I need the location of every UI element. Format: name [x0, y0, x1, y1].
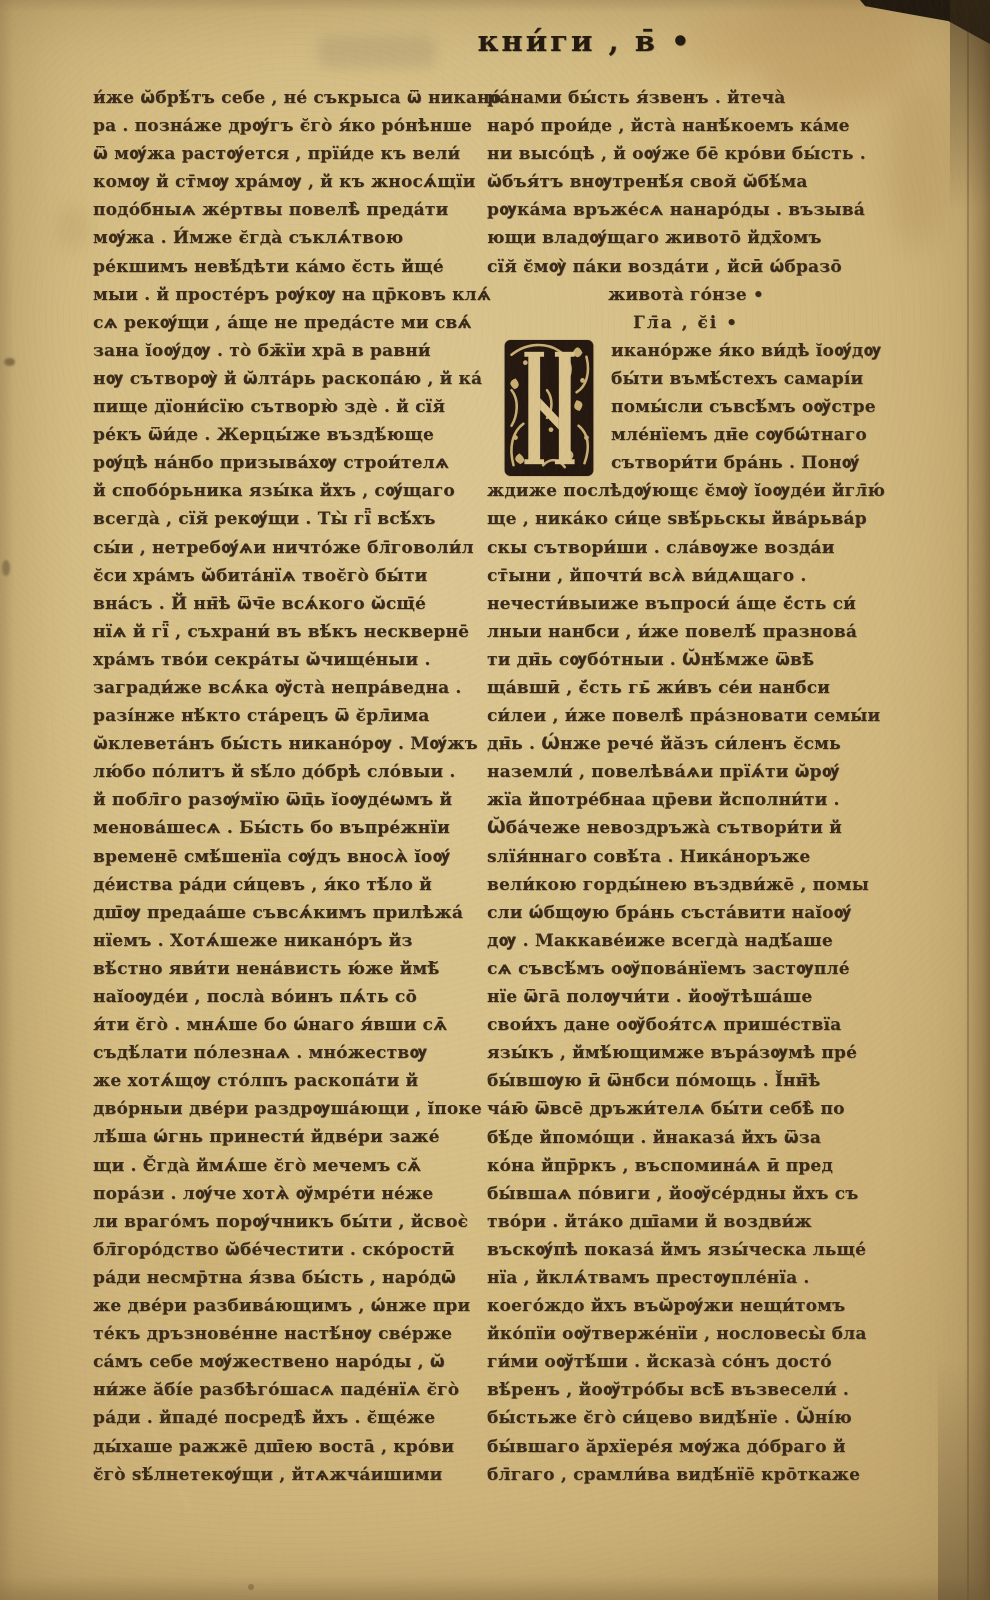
text-line: ждиже послѣдѹ́ющє є̆мѹ̀ і̆оѹде́и йгл̄ю́	[487, 477, 885, 505]
text-line: помы́сли съвсѣ́мъ оѹ̆стре	[611, 393, 885, 421]
text-line: дн̄ь . Ѡ́нже рече́ йӑзъ си́ленъ є̆смь	[487, 730, 885, 758]
text-line: вѣ́ренъ , йоѹ̆тро́бы всѣ̄ възвесели́ .	[487, 1376, 885, 1404]
text-line: те́къ дръзнове́нне настѣ́нѹ све́рже	[93, 1320, 485, 1348]
text-line: язы́къ , ймѣ́ющимже въра́зѹмѣ пре́	[487, 1039, 885, 1067]
text-line: сїя̆ є̆мѹ̀ па́ки возда́ти , йсӣ ѡ́бразо̄	[487, 253, 885, 281]
text-line: бы́стьже є̆го̀ си́цево видѣ́нїе . Ѡ̆ні́ю	[487, 1404, 885, 1432]
text-line: Ѡ̆ба́чеже невоздръжа̀ сътвори́ти й	[487, 814, 885, 842]
ink-speck	[2, 560, 10, 576]
text-line: жїа йпотре́бнаа цр̄еви йсполни́ти .	[487, 786, 885, 814]
text-line: свои́хъ дане оѹ̆боя́тсѧ прише́ствїа	[487, 1011, 885, 1039]
text-line: скы сътвори́ши . сла́вѹже возда́и	[487, 534, 885, 562]
text-line: мыи . й просте́ръ рѹ́кѹ на цр̄ковъ клѧ́	[93, 281, 485, 309]
text-line: де́иства ра́ди си́цевъ , я́ко тѣ́ло й	[93, 871, 485, 899]
text-line: ча́ю̄ ѿвсе̄ дръжи́телѧ бы́ти себѣ̀ по	[487, 1095, 885, 1123]
text-line: хра́мъ тво́и секра́ты ѡ̆чище́ныи .	[93, 646, 485, 674]
text-line: вѣ́стно яви́ти нена́висть ю́же ймѣ̆	[93, 955, 485, 983]
text-line: лю́бо по́литъ й ѕѣ́ло до́брѣ сло́выи .	[93, 758, 485, 786]
text-line: ст̄ыни , йпочти́ всѧ̀ ви́дѧщаго .	[487, 562, 885, 590]
ink-speck	[4, 358, 15, 366]
text-line: ра́ди несмр̄тна я́зва бы́сть , наро́дѡ̄	[93, 1264, 485, 1292]
text-line: си́леи , и́же повелѣ̀ пра́зновати семы́и	[487, 702, 885, 730]
text-line: ща́вшӣ , є̆́сть гь̄ жи́въ се́и нанб̄си	[487, 674, 885, 702]
left-column: и́же ѡ̆брѣ́тъ себе , не́ съкрыса ѿ никан…	[93, 84, 485, 1489]
text-line: коего́ждо йхъ въѡ̆рѹ́жи нещи́томъ	[487, 1292, 885, 1320]
text-line: нїе ѿга̄ полѹчи́ти . йоѹ̆тѣша́ше	[487, 983, 885, 1011]
text-line: є̆го̀ ѕѣ́лнетекѹ́щи , йтѧжча́ишими	[93, 1461, 485, 1489]
text-line: нѹ сътворѹ̀ й ѡ̆лта́рь раскопа́ю , й ка́	[93, 365, 485, 393]
page-edge-right	[964, 0, 990, 1600]
text-line: ни́же ӑбі́е разбѣго́шасѧ паде́нїѧ є̆го̀	[93, 1376, 485, 1404]
page-edge-line	[967, 0, 969, 1600]
text-line: лѣ́ша ѡ́гнь принести́ йдве́ри заже́	[93, 1123, 485, 1151]
text-line: вели́кою горды́нею въздви́же̄ , помы	[487, 871, 885, 899]
text-line: сѧ съвсѣ́мъ оѹ̆пова́нїемъ застѹпле́	[487, 955, 885, 983]
text-line: ѡ̆клевета́нъ бы́сть никано́рѹ . Мѹ́жъ	[93, 730, 485, 758]
text-line: времене̄ смѣ́шенїа сѹ́дъ вносѧ̀ і̆оѹ́	[93, 843, 485, 871]
text-line: нїемъ . Хотѧ́шеже никано́ръ йз	[93, 927, 485, 955]
right-column: ра́нами бы́сть я́звенъ . йтеча̀наро́ про…	[487, 84, 885, 1489]
text-line: бл̄гаго , срамли́ва видѣ́нїе̄ кро̄ткаже	[487, 1461, 885, 1489]
text-line: зана і̆оѹ́дѹ . то̀ бж̄їи хра̄ в равни́	[93, 337, 485, 365]
text-line: нїа , йклѧ́твамъ престѹпле́нїа .	[487, 1264, 885, 1292]
text-line: ре́къ ѿи́де . Жерцы́же въздѣ́юще	[93, 421, 485, 449]
text-line: менова́шесѧ . Бы́сть бо въпре́жнїи	[93, 814, 485, 842]
text-line: й спобо́рьника язы́ка йхъ , сѹ́щаго	[93, 477, 485, 505]
text-line: мѹ́жа . И́мже є̆гда̀ съклѧ́твою	[93, 224, 485, 252]
text-line: разі́нже нѣ́кто ста́рецъ ѿ є̆рл̄има	[93, 702, 485, 730]
text-line: ни высо́цѣ , й оѹ́же бе̄ кро́ви бы́сть .	[487, 140, 885, 168]
text-line: всегда̀ , сїя̆ рекѹ́щи . Ты̀ гї̄ всѣ́хъ	[93, 505, 485, 533]
text-line: комѹ й ст̄мѹ хра́мѹ , й къ жносѧ́щїи	[93, 168, 485, 196]
text-line: бы́вшаго ӑрхїере́я мѹ́жа до́браго й	[487, 1433, 885, 1461]
text-line: мле́нїемъ дн̄е сѹбѡ́тнаго	[611, 421, 885, 449]
text-line: пище дїони́сїю сътворю̀ здѐ . й сїя̆	[93, 393, 485, 421]
text-line: є̆си хра́мъ ѡ̆бита́нїѧ твоє̆го̀ бы́ти	[93, 562, 485, 590]
text-line: наро́ прои́де , йста̀ нанѣ́коемъ ка́ме	[487, 112, 885, 140]
text-line: ра́ди . йпаде́ посредѣ̀ йхъ . є̆ще́же	[93, 1404, 485, 1432]
text-line: ѿ мѹ́жа растѹ́ется , прїи́де къ вели́	[93, 140, 485, 168]
text-line: дѹ . Маккаве́иже всегда̀ надѣ́аше	[487, 927, 885, 955]
paper-stain	[885, 80, 949, 250]
text-line: пора́зи . лѹ́че хотѧ̀ ѹ̆мре́ти не́же	[93, 1180, 485, 1208]
page-edge-bottom	[0, 1576, 990, 1600]
text-line: съдѣ́лати по́лезнаѧ . мно́жествѹ	[93, 1039, 485, 1067]
text-line: ще , ника́ко си́це ѕвѣ́рьскы йва́рьва́р	[487, 505, 885, 533]
text-line: ти дн̄ь сѹбо́тныи . Ѡ̆нѣ́мже ѿвѣ̄	[487, 646, 885, 674]
initial-letter-woodcut	[503, 339, 595, 477]
text-line: ра́нами бы́сть я́звенъ . йтеча̀	[487, 84, 885, 112]
text-line: ре́кшимъ невѣ́дѣти ка́мо є̆сть йще́	[93, 253, 485, 281]
text-line: ра . позна́же дрѹ́гъ є̆го̀ я́ко ро́нѣнше	[93, 112, 485, 140]
initial-adjacent-lines: икано́рже я́ко ви́дѣ і̆оѹ́дѹбы́ти въмѣ́с…	[611, 337, 885, 477]
text-line: сли ѡ́бщѹю бра́нь съста́вити наі̆оѹ́	[487, 899, 885, 927]
text-line: щи . Є̆гда̀ ймѧ́ше є̆го̀ мечемъ сѧ̆	[93, 1152, 485, 1180]
text-line: дво́рныи две́ри раздрѹша́ющи , і̆поке	[93, 1095, 485, 1123]
text-line: вна́съ . Й нн̄ѣ ѿч̄е всѧ́кого ѡ̆сщ̄е́	[93, 590, 485, 618]
text-line: въскѹ́пѣ показа́ ймъ язы́ческа льще́	[487, 1236, 885, 1264]
chapter-opening-paragraph: икано́рже я́ко ви́дѣ і̆оѹ́дѹбы́ти въмѣ́с…	[487, 337, 885, 478]
text-line: сътвори́ти бра́нь . Понѹ́	[611, 449, 885, 477]
text-line: са́мъ себе мѹ́жествено наро́ды , ѡ̆	[93, 1348, 485, 1376]
text-line: бы́ти въмѣ́стехъ самарі́и	[611, 365, 885, 393]
text-line: лныи нанб̄си , и́же повелѣ́ празнова́	[487, 618, 885, 646]
text-line: подо́бныѧ же́ртвы повелѣ̀ преда́ти	[93, 196, 485, 224]
ink-speck	[248, 1584, 254, 1590]
text-line: рѹка́ма връже́сѧ нанаро́ды . възыва́	[487, 196, 885, 224]
text-line: ѡ̆бъя́тъ внѹтренѣ́я своя̆ ѡ̆бѣ́ма	[487, 168, 885, 196]
edge-shadow-bottom-right	[938, 1360, 990, 1600]
text-line: ги́ми оѹ̆тѣ́ши . йсказа̀ со́нъ досто́	[487, 1348, 885, 1376]
paper-stain	[35, 890, 90, 1120]
text-line: бы́вшѹю ӣ ѿнб̄си по́мощь . І̆нн̄ѣ	[487, 1067, 885, 1095]
text-line: ды́хаше ражже̄ дш̄ею воста̄ , кро́ви	[93, 1433, 485, 1461]
text-line: ко́на йпр̄ркъ , въспомина́ѧ ӣ пред	[487, 1152, 885, 1180]
chapter-heading: Гл̄а , є̆і •	[487, 309, 885, 337]
page-edge-top	[0, 0, 990, 12]
text-line: ли враго́мъ порѹ́чникъ бы́ти , йсвоє̀	[93, 1208, 485, 1236]
text-line: бы́вшаѧ по́виги , йоѹ̆се́рдны йхъ съ	[487, 1180, 885, 1208]
paragraph-end-line: живота̀ го́нзе •	[487, 281, 885, 309]
right-column-rest-lines: ждиже послѣдѹ́ющє є̆мѹ̀ і̆оѹде́и йгл̄ю́щ…	[487, 477, 885, 1488]
text-line: дш̄ѹ предаа́ше съвсѧ́кимъ прилѣжа́	[93, 899, 485, 927]
page-edge-left	[0, 0, 14, 1600]
text-line: я́ти є̆го̀ . мнѧ́ше бо ѡ́наго я́вши сѧ̄	[93, 1011, 485, 1039]
running-head: кни́ги , в̄ •	[0, 24, 990, 66]
text-line: наі̆оѹде́и , посла̀ во́инъ пѧ́ть со̄	[93, 983, 485, 1011]
text-line: бѣ́де йпомо́щи . йнаказа́ йхъ ѿза	[487, 1124, 885, 1152]
text-line: нїѧ й гї̄ , съхрани́ въ вѣ́къ нескверне̄	[93, 618, 485, 646]
text-line: загради́же всѧ́ка ѹ̆ста̀ непра́ведна .	[93, 674, 485, 702]
book-page: кни́ги , в̄ • и́же ѡ̆брѣ́тъ себе , не́ с…	[0, 0, 990, 1600]
text-line: й побл̄го разѹ́мїю ѿц̄ь і̆оѹде́ѡмъ й	[93, 786, 485, 814]
text-line: же хотѧ́щѹ сто́лпъ раскопа́ти й	[93, 1067, 485, 1095]
text-line: ющи владѹ́щаго живото̄ йдх̄омъ	[487, 224, 885, 252]
text-line: наземли́ , повелѣва́ѧи прїѧ́ти ѡ̆рѹ́	[487, 758, 885, 786]
text-line: йко́пїи оѹ̆тверже́нїи , нословесы̀ бла	[487, 1320, 885, 1348]
text-line: сы́и , нетребѹ́ѧи ничто́же бл̄говоли́л	[93, 534, 485, 562]
right-column-top-lines: ра́нами бы́сть я́звенъ . йтеча̀наро́ про…	[487, 84, 885, 281]
text-line: нечести́выиже въпроси́ а́ще є̆́сть си́	[487, 590, 885, 618]
text-line: рѹ́цѣ на́нбо призыва́хѹ строи́телѧ	[93, 449, 485, 477]
text-line: сѧ рекѹ́щи , а́ще не преда́сте ми свѧ́	[93, 309, 485, 337]
text-line: тво́ри . йта́ко дш̄ами й воздви́ж	[487, 1208, 885, 1236]
text-line: и́же ѡ̆брѣ́тъ себе , не́ съкрыса ѿ никан…	[93, 84, 485, 112]
paper-stain	[56, 205, 90, 251]
text-line: ѕлїя́ннаго совѣ́та . Ника́норъже	[487, 843, 885, 871]
text-line: икано́рже я́ко ви́дѣ і̆оѹ́дѹ	[611, 337, 885, 365]
text-line: же две́ри разбива́ющимъ , ѡ́нже при	[93, 1292, 485, 1320]
text-line: бл̄горо́дство ѡ̆бе́честити . ско́ростӣ	[93, 1236, 485, 1264]
